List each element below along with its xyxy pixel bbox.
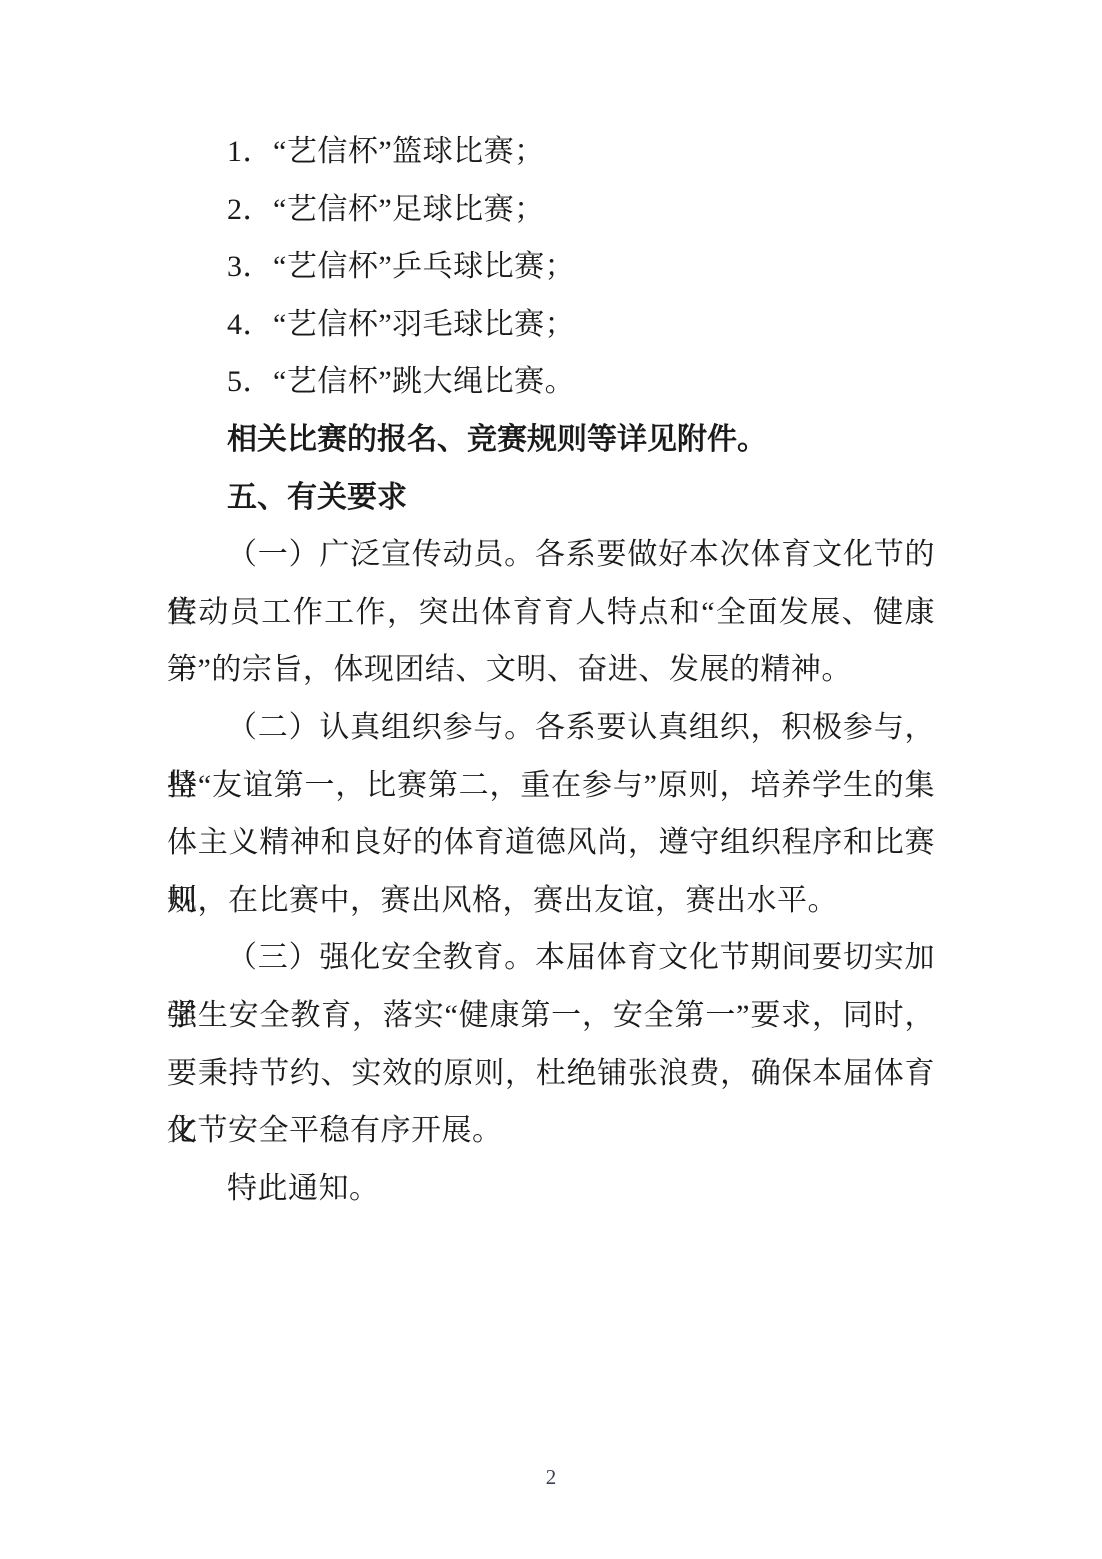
paragraph-1-line-3: 一”的宗旨，体现团结、文明、奋进、发展的精神。 <box>167 641 935 699</box>
list-item-football: 2．“艺信杯”足球比赛； <box>167 181 935 239</box>
paragraph-3-line-1: （三）强化安全教育。本届体育文化节期间要切实加强 <box>167 929 935 987</box>
page-number: 2 <box>0 1462 1102 1492</box>
document-page: 1．“艺信杯”篮球比赛； 2．“艺信杯”足球比赛； 3．“艺信杯”乒乓球比赛； … <box>0 0 1102 1559</box>
list-item-basketball: 1．“艺信杯”篮球比赛； <box>167 123 935 181</box>
paragraph-3-line-3: 要秉持节约、实效的原则，杜绝铺张浪费，确保本届体育文 <box>167 1045 935 1103</box>
paragraph-2-line-2: 持“友谊第一，比赛第二，重在参与”原则，培养学生的集 <box>167 757 935 815</box>
closing-line: 特此通知。 <box>167 1160 935 1218</box>
paragraph-2-line-3: 体主义精神和良好的体育道德风尚，遵守组织程序和比赛规 <box>167 814 935 872</box>
paragraph-1-line-2: 传动员工作工作，突出体育育人特点和“全面发展、健康第 <box>167 584 935 642</box>
paragraph-2-line-1: （二）认真组织参与。各系要认真组织，积极参与，坚 <box>167 699 935 757</box>
list-item-table-tennis: 3．“艺信杯”乒乓球比赛； <box>167 238 935 296</box>
paragraph-2-line-4: 则，在比赛中，赛出风格，赛出友谊，赛出水平。 <box>167 872 935 930</box>
document-body: 1．“艺信杯”篮球比赛； 2．“艺信杯”足球比赛； 3．“艺信杯”乒乓球比赛； … <box>167 123 935 1217</box>
list-item-rope-skipping: 5．“艺信杯”跳大绳比赛。 <box>167 353 935 411</box>
list-item-badminton: 4．“艺信杯”羽毛球比赛； <box>167 296 935 354</box>
paragraph-3-line-2: 学生安全教育，落实“健康第一，安全第一”要求，同时， <box>167 987 935 1045</box>
paragraph-1-line-1: （一）广泛宣传动员。各系要做好本次体育文化节的宣 <box>167 526 935 584</box>
paragraph-3-line-4: 化节安全平稳有序开展。 <box>167 1102 935 1160</box>
section-heading-requirements: 五、有关要求 <box>167 469 935 527</box>
attachment-note: 相关比赛的报名、竞赛规则等详见附件。 <box>167 411 935 469</box>
